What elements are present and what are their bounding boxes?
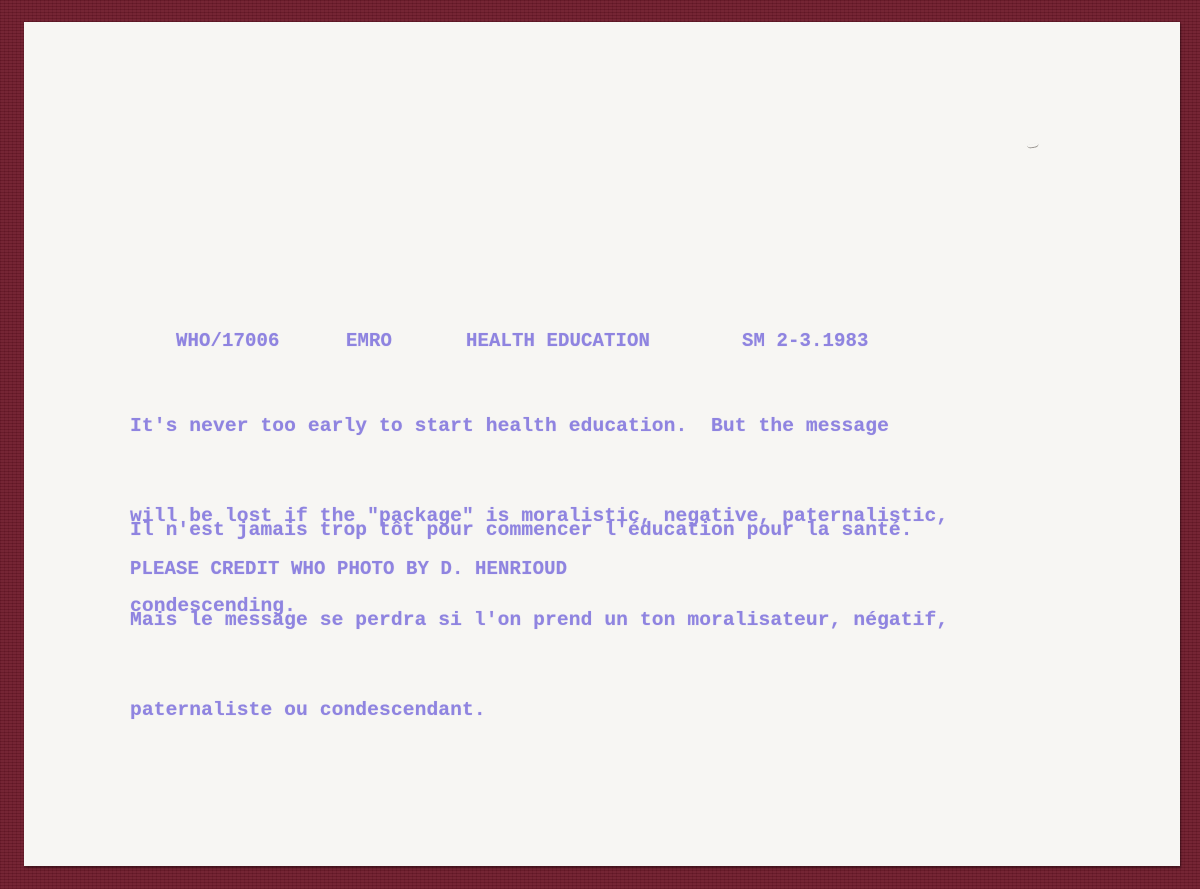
region-code: EMRO: [346, 330, 466, 352]
caption-english-line: It's never too early to start health edu…: [130, 411, 948, 441]
caption-french-line: Il n'est jamais trop tôt pour commencer …: [130, 515, 948, 545]
photo-caption-card: WHO/17006EMROHEALTH EDUCATIONSM 2-3.1983…: [24, 22, 1180, 866]
caption-french-line: Mais le message se perdra si l'on prend …: [130, 605, 948, 635]
caption-french-line: paternaliste ou condescendant.: [130, 695, 948, 725]
reference-date: SM 2-3.1983: [742, 330, 869, 352]
ink-mark: [1027, 143, 1040, 149]
caption-french: Il n'est jamais trop tôt pour commencer …: [130, 455, 948, 785]
photo-id: WHO/17006: [176, 330, 346, 352]
photo-credit: PLEASE CREDIT WHO PHOTO BY D. HENRIOUD: [130, 558, 567, 580]
topic-label: HEALTH EDUCATION: [466, 330, 742, 352]
